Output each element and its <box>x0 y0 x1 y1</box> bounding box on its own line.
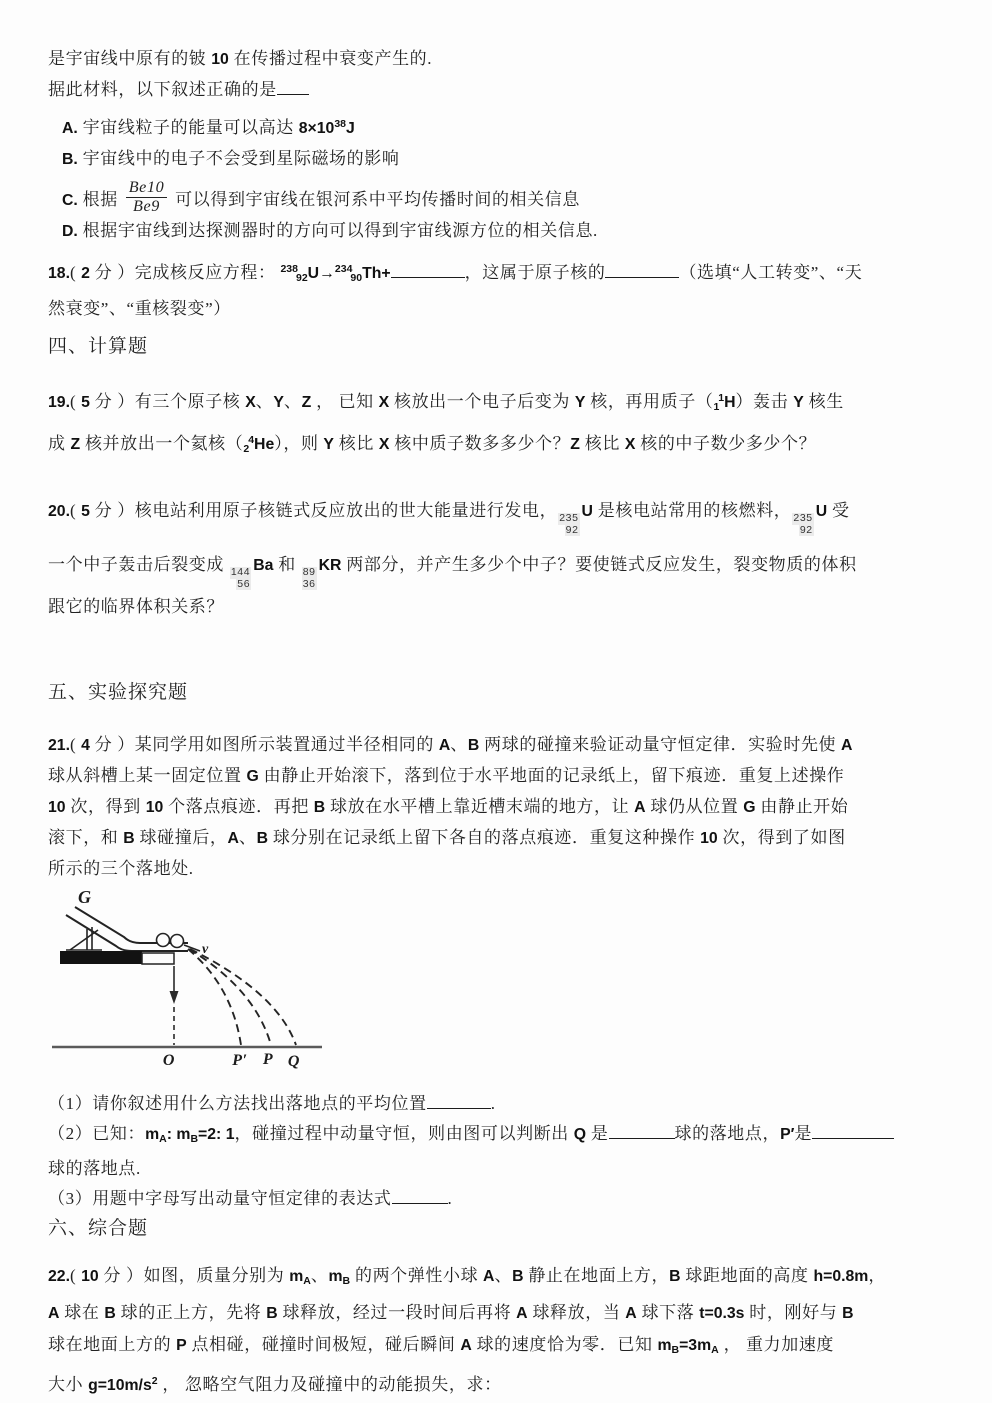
section-heading-experiment: 五、实验探究题 <box>48 678 948 708</box>
text-segment: 分 ）核电站利用原子核链式反应放出的世大能量进行发电， <box>90 501 557 520</box>
vertical-drop-line <box>170 966 179 1045</box>
text-segment: ， 重力加速度 <box>719 1335 834 1354</box>
question-19-line-2: 成 Z 核并放出一个氦核（24He），则 Y 核比 X 核中质子数多多少个？Z … <box>48 424 948 466</box>
question-21-line-1: 21.( 4 分 ）某同学用如图所示装置通过半径相同的 A、B 两球的碰撞来验证… <box>48 730 948 761</box>
latin-text: m <box>176 1126 190 1143</box>
option-c: C. 根据 Be10Be9 可以得到宇宙线在银河系中平均传播时间的相关信息 <box>48 179 948 216</box>
text-segment: 分 ）有三个原子核 <box>90 392 245 411</box>
latin-text: Z <box>302 394 312 411</box>
latin-text: J <box>346 120 355 137</box>
text-segment: 球放在水平槽上靠近槽末端的地方，让 <box>325 797 634 816</box>
latin-text: 10 <box>146 799 164 816</box>
text-segment: 分 ）如图，质量分别为 <box>99 1266 290 1285</box>
sub-script: A <box>711 1344 719 1356</box>
text-segment: 跟它的临界体积关系？ <box>48 597 224 616</box>
latin-text: KR <box>319 557 342 574</box>
latin-text: : <box>167 1126 177 1143</box>
latin-text: A <box>439 737 450 754</box>
text-segment: 、 <box>256 392 274 411</box>
text-segment: 球的落地点. <box>48 1159 141 1178</box>
sub-script: B <box>343 1275 351 1287</box>
sub-script: B <box>190 1133 198 1145</box>
latin-text: X <box>379 394 390 411</box>
text-segment: 分 ）完成核反应方程： <box>90 263 281 282</box>
text-segment: ( <box>70 263 81 282</box>
text-segment: 是核电站常用的核燃料， <box>593 501 791 520</box>
ball-b <box>171 935 184 948</box>
latin-text: U <box>816 503 827 520</box>
text-segment: 、 <box>239 828 257 847</box>
latin-text: G <box>743 799 755 816</box>
text-segment: 宇宙线粒子的能量可以高达 <box>78 118 299 137</box>
text-segment: ， 忽略空气阻力及碰撞中的动能损失，求： <box>158 1375 502 1394</box>
latin-text: P <box>176 1337 187 1354</box>
trajectory-p-prime <box>188 949 241 1045</box>
latin-text: X <box>625 436 636 453</box>
text-segment: 个落点痕迹．再把 <box>163 797 314 816</box>
latin-text: A <box>48 1305 59 1322</box>
latin-text: Z <box>570 436 580 453</box>
momentum-experiment-diagram: G v <box>50 887 342 1071</box>
text-segment: ，碰撞过程中动量守恒，则由图可以判断出 <box>235 1124 574 1143</box>
latin-text: Ba <box>253 557 273 574</box>
ball-a <box>157 934 170 947</box>
question-22-line-1: 22.( 10 分 ）如图，质量分别为 mA、mB 的两个弹性小球 A、B 静止… <box>48 1260 948 1297</box>
latin-text: U <box>582 503 593 520</box>
text-segment: . <box>448 1189 453 1208</box>
text-segment: 核生 <box>804 392 844 411</box>
text-segment: 是 <box>794 1124 812 1143</box>
latin-text: C. <box>62 192 78 209</box>
down-arrow-icon <box>170 991 179 1004</box>
latin-text: 5 <box>81 394 90 411</box>
text-segment: 分 ）某同学用如图所示装置通过半径相同的 <box>90 735 439 754</box>
latin-text: Q <box>574 1126 586 1143</box>
section-heading-comprehensive: 六、综合题 <box>48 1214 948 1244</box>
figure-label-Q: Q <box>288 1053 300 1070</box>
latin-text: m <box>289 1268 303 1285</box>
text-segment: 核，再用质子（ <box>585 392 713 411</box>
question-21-part-2: （2）已知：mA: mB=2: 1，碰撞过程中动量守恒，则由图可以判断出 Q 是… <box>48 1119 948 1154</box>
isotope-notation: 8936 <box>302 567 317 590</box>
latin-text: B <box>842 1305 853 1322</box>
latin-text: U→ <box>308 265 335 282</box>
latin-text: 10 <box>48 799 66 816</box>
latin-text: He <box>254 436 274 453</box>
latin-text: B <box>468 737 479 754</box>
latin-text: 4 <box>81 737 90 754</box>
latin-text: B <box>257 830 268 847</box>
text-segment: ， 已知 <box>311 392 378 411</box>
table-slab <box>60 951 142 964</box>
latin-text: =3m <box>679 1337 711 1354</box>
latin-text: B <box>123 830 134 847</box>
latin-text: Y <box>323 436 334 453</box>
text-segment: 所示的三个落地处. <box>48 859 194 878</box>
latin-text: 10 <box>81 1268 99 1285</box>
text-segment: 静止在地面上方， <box>523 1266 669 1285</box>
text-segment: 核比 <box>334 434 379 453</box>
intro-line-1: 是宇宙线中原有的铍 10 在传播过程中衰变产生的. <box>48 44 948 75</box>
question-22-line-2: A 球在 B 球的正上方，先将 B 球释放，经过一段时间后再将 A 球释放，当 … <box>48 1297 948 1329</box>
text-segment: ( <box>70 392 81 411</box>
text-segment: 和 <box>273 555 300 574</box>
question-21-line-3: 10 次，得到 10 个落点痕迹．再把 B 球放在水平槽上靠近槽末端的地方，让 … <box>48 792 948 823</box>
text-segment: ( <box>70 735 81 754</box>
text-segment: ），则 <box>274 434 323 453</box>
latin-text: Y <box>273 394 284 411</box>
figure-label-P: P <box>262 1051 273 1068</box>
trajectory-q <box>190 949 296 1045</box>
isotope-notation: 14456 <box>230 567 251 590</box>
text-segment: 球在 <box>59 1303 104 1322</box>
answer-blank <box>609 1121 675 1139</box>
trajectories <box>188 949 296 1045</box>
latin-text: =2: 1 <box>198 1126 234 1143</box>
question-18-line-2: 然衰变”、“重核裂变”） <box>48 294 948 324</box>
ramp-track <box>66 907 188 951</box>
question-20-line-3: 跟它的临界体积关系？ <box>48 590 948 624</box>
text-segment: 一个中子轰击后裂变成 <box>48 555 229 574</box>
latin-text: X <box>379 436 390 453</box>
text-segment: 在传播过程中衰变产生的. <box>229 49 432 68</box>
text-segment: 是宇宙线中原有的铍 <box>48 49 211 68</box>
latin-text: m <box>657 1337 671 1354</box>
intro-line-2: 据此材料，以下叙述正确的是 <box>48 75 948 105</box>
text-segment: 、 <box>450 735 468 754</box>
answer-blank <box>605 260 679 278</box>
latin-text: 18. <box>48 265 70 282</box>
latin-text: A <box>634 799 645 816</box>
text-segment: ( <box>70 1266 81 1285</box>
isotope-notation: 23592 <box>558 513 579 536</box>
text-segment: ， <box>868 1266 886 1285</box>
trajectory-p <box>189 949 271 1045</box>
text-segment: 根据 <box>78 190 123 209</box>
text-segment: 核并放出一个氦核（ <box>80 434 243 453</box>
latin-text: Y <box>793 394 804 411</box>
exam-page: 是宇宙线中原有的铍 10 在传播过程中衰变产生的. 据此材料，以下叙述正确的是 … <box>0 0 992 1403</box>
answer-blank <box>427 1091 491 1109</box>
text-segment: 由静止开始滚下，落到位于水平地面的记录纸上，留下痕迹．重复上述操作 <box>259 766 845 785</box>
answer-blank <box>391 260 465 278</box>
latin-text: B <box>266 1305 277 1322</box>
text-segment: ( <box>70 501 81 520</box>
text-segment: （2）已知： <box>48 1124 145 1143</box>
isotope-notation: 23592 <box>792 513 813 536</box>
question-21-line-2: 球从斜槽上某一固定位置 G 由静止开始滚下，落到位于水平地面的记录纸上，留下痕迹… <box>48 761 948 792</box>
latin-text: G <box>246 768 258 785</box>
text-segment: 据此材料，以下叙述正确的是 <box>48 80 277 99</box>
text-segment: 由静止开始 <box>756 797 849 816</box>
question-18-line-1: 18.( 2 分 ）完成核反应方程： 23892U→23490Th+，这属于原子… <box>48 253 948 294</box>
text-segment: 的两个弹性小球 <box>350 1266 483 1285</box>
text-segment: 受 <box>827 501 849 520</box>
text-segment: 球碰撞后， <box>135 828 228 847</box>
latin-text: B <box>104 1305 115 1322</box>
latin-text: A <box>460 1337 471 1354</box>
latin-text: 2 <box>81 265 90 282</box>
latin-text: H <box>724 394 735 411</box>
latin-text: B <box>669 1268 680 1285</box>
text-segment: 、 <box>284 392 302 411</box>
text-segment: 两部分，并产生多少个中子？要使链式反应发生，裂变物质的体积 <box>341 555 856 574</box>
latin-text: X <box>245 394 256 411</box>
question-19-line-1: 19.( 5 分 ）有三个原子核 X、Y、Z ， 已知 X 核放出一个电子后变为… <box>48 382 948 424</box>
text-segment: 球从斜槽上某一固定位置 <box>48 766 246 785</box>
latin-text: D. <box>62 223 78 240</box>
option-b: B. 宇宙线中的电子不会受到星际磁场的影响 <box>48 144 948 175</box>
text-segment: 球分别在记录纸上留下各自的落点痕迹．重复这种操作 <box>268 828 700 847</box>
section-heading-calculation: 四、计算题 <box>48 332 948 362</box>
latin-text: A. <box>62 120 78 137</box>
text-segment: 球仍从位置 <box>646 797 744 816</box>
table-step <box>142 953 174 964</box>
latin-text: A <box>625 1305 636 1322</box>
sub-script: A <box>159 1133 167 1145</box>
text-segment: （3）用题中字母写出动量守恒定律的表达式 <box>48 1189 392 1208</box>
latin-text: 10 <box>700 830 718 847</box>
latin-text: m <box>145 1126 159 1143</box>
text-segment: 、 <box>311 1266 329 1285</box>
text-segment: 球距地面的高度 <box>681 1266 814 1285</box>
text-segment: 成 <box>48 434 70 453</box>
text-segment: 根据宇宙线到达探测器时的方向可以得到宇宙线源方位的相关信息. <box>78 221 598 240</box>
latin-text: 10 <box>211 51 229 68</box>
latin-text: P′ <box>780 1126 794 1143</box>
latin-text: Z <box>70 436 80 453</box>
text-segment: 、 <box>494 1266 512 1285</box>
text-segment: 宇宙线中的电子不会受到星际磁场的影响 <box>78 149 400 168</box>
text-segment: 核中质子数多多少个？ <box>389 434 570 453</box>
latin-text: 22. <box>48 1268 70 1285</box>
latin-text: A <box>228 830 239 847</box>
question-20-line-1: 20.( 5 分 ）核电站利用原子核链式反应放出的世大能量进行发电，23592U… <box>48 494 948 536</box>
question-21-line-5: 所示的三个落地处. <box>48 854 948 884</box>
text-segment: （1）请你叙述用什么方法找出落地点的平均位置 <box>48 1094 427 1113</box>
text-segment: 球的落地点， <box>675 1124 781 1143</box>
text-segment: 核的中子数少多少个？ <box>635 434 816 453</box>
figure-label-G: G <box>78 887 92 907</box>
text-segment: ，这属于原子核的 <box>465 263 606 282</box>
question-21-part-1: （1）请你叙述用什么方法找出落地点的平均位置. <box>48 1089 948 1119</box>
text-segment: 两球的碰撞来验证动量守恒定律．实验时先使 <box>479 735 841 754</box>
text-segment: 球释放，当 <box>528 1303 626 1322</box>
text-segment: 滚下，和 <box>48 828 123 847</box>
text-segment: 可以得到宇宙线在银河系中平均传播时间的相关信息 <box>170 190 580 209</box>
question-22-line-4: 大小 g=10m/s2 ， 忽略空气阻力及碰撞中的动能损失，求： <box>48 1366 948 1401</box>
question-21-part-2-cont: 球的落地点. <box>48 1154 948 1184</box>
text-segment: 点相碰，碰撞时间极短，碰后瞬间 <box>187 1335 461 1354</box>
latin-text: A <box>841 737 852 754</box>
text-segment: 球释放，经过一段时间后再将 <box>278 1303 517 1322</box>
sub-script: 90 <box>350 272 362 284</box>
latin-text: A <box>516 1305 527 1322</box>
text-segment: 大小 <box>48 1375 88 1394</box>
question-22-line-3: 球在地面上方的 P 点相碰，碰撞时间极短，碰后瞬间 A 球的速度恰为零．已知 m… <box>48 1329 948 1366</box>
text-segment: 次，得到 <box>66 797 146 816</box>
latin-text: 20. <box>48 503 70 520</box>
latin-text: B <box>512 1268 523 1285</box>
text-segment: 球下落 <box>637 1303 700 1322</box>
experiment-figure: G v <box>50 887 948 1071</box>
text-segment: ）轰击 <box>736 392 794 411</box>
text-segment: . <box>491 1094 496 1113</box>
latin-text: Th+ <box>362 265 391 282</box>
question-20-line-2: 一个中子轰击后裂变成 14456Ba 和 8936KR 两部分，并产生多少个中子… <box>48 548 948 590</box>
text-segment: （选填“人工转变”、“天 <box>679 263 862 282</box>
latin-text: h=0.8m <box>813 1268 868 1285</box>
sup-script: 38 <box>334 118 346 130</box>
latin-text: t=0.3s <box>699 1305 744 1322</box>
latin-text: m <box>328 1268 342 1285</box>
latin-text: B. <box>62 151 78 168</box>
text-segment: 是 <box>586 1124 608 1143</box>
latin-text: 21. <box>48 737 70 754</box>
figure-label-P-prime: P′ <box>231 1052 247 1069</box>
question-21-line-4: 滚下，和 B 球碰撞后，A、B 球分别在记录纸上留下各自的落点痕迹．重复这种操作… <box>48 823 948 854</box>
fraction: Be10Be9 <box>126 179 168 216</box>
option-a: A. 宇宙线粒子的能量可以高达 8×1038J <box>48 109 948 144</box>
figure-label-O: O <box>163 1052 175 1069</box>
latin-text: Y <box>575 394 586 411</box>
text-segment: 然衰变”、“重核裂变”） <box>48 299 231 318</box>
text-segment: 时，刚好与 <box>744 1303 842 1322</box>
answer-blank <box>392 1186 448 1204</box>
latin-text: 5 <box>81 503 90 520</box>
latin-text: A <box>483 1268 494 1285</box>
answer-blank <box>277 77 309 95</box>
latin-text: g=10m/s <box>88 1377 152 1394</box>
text-segment: 球在地面上方的 <box>48 1335 176 1354</box>
latin-text: B <box>314 799 325 816</box>
sub-script: B <box>671 1344 679 1356</box>
option-d: D. 根据宇宙线到达探测器时的方向可以得到宇宙线源方位的相关信息. <box>48 216 948 247</box>
text-segment: 球的速度恰为零．已知 <box>472 1335 658 1354</box>
text-segment: 次，得到了如图 <box>718 828 846 847</box>
ramp-support <box>66 927 102 950</box>
sub-script: 92 <box>296 272 308 284</box>
text-segment: 核放出一个电子后变为 <box>389 392 575 411</box>
text-segment: 球的正上方，先将 <box>116 1303 267 1322</box>
answer-blank <box>812 1121 894 1139</box>
text-segment: 核比 <box>580 434 625 453</box>
latin-text: 19. <box>48 394 70 411</box>
latin-text: 8×10 <box>299 120 335 137</box>
question-21-part-3: （3）用题中字母写出动量守恒定律的表达式. <box>48 1184 948 1214</box>
sub-script: A <box>303 1275 311 1287</box>
